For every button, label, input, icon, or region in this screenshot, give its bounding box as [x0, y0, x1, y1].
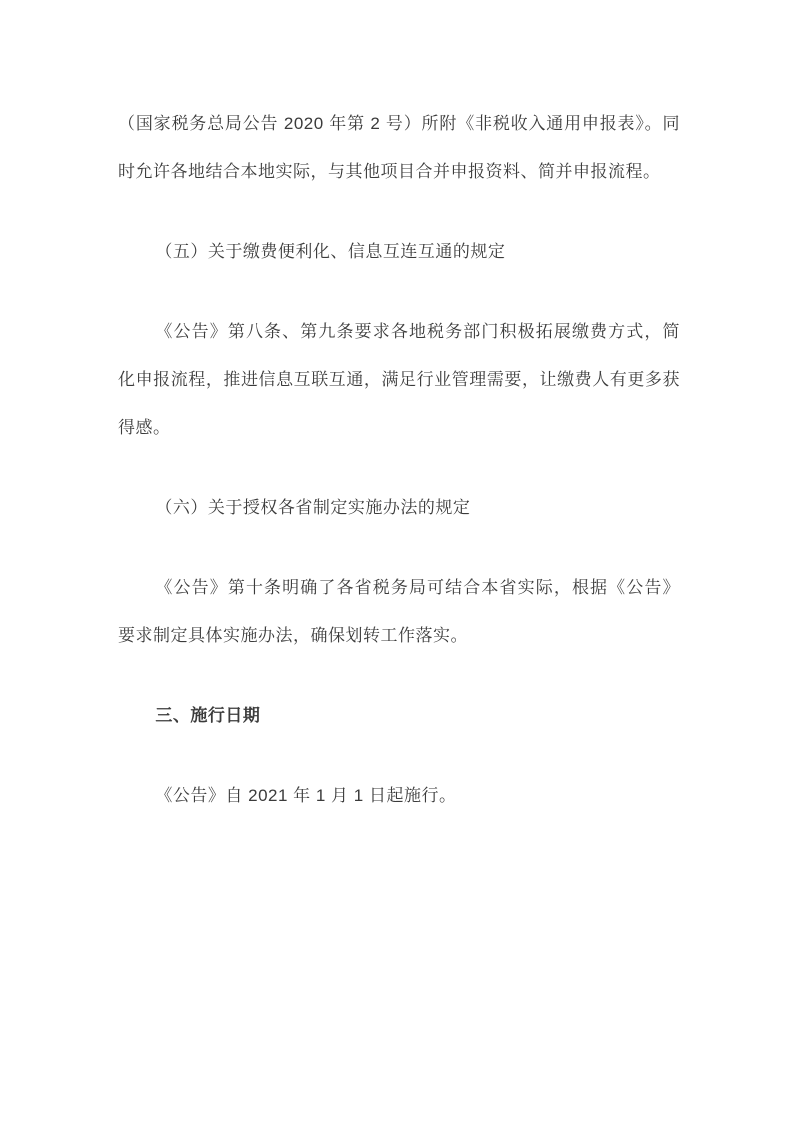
- subheading-item-6: （六）关于授权各省制定实施办法的规定: [118, 484, 680, 532]
- paragraph-payment-convenience: 《公告》第八条、第九条要求各地税务部门积极拓展缴费方式，简化申报流程，推进信息互…: [118, 308, 680, 452]
- subheading-item-5: （五）关于缴费便利化、信息互连互通的规定: [118, 228, 680, 276]
- paragraph-continuation: （国家税务总局公告 2020 年第 2 号）所附《非税收入通用申报表》。同时允许…: [118, 100, 680, 196]
- section-heading-effective-date: 三、施行日期: [118, 692, 680, 740]
- document-page: （国家税务总局公告 2020 年第 2 号）所附《非税收入通用申报表》。同时允许…: [0, 0, 793, 1122]
- document-body: （国家税务总局公告 2020 年第 2 号）所附《非税收入通用申报表》。同时允许…: [118, 76, 680, 852]
- paragraph-effective-date: 《公告》自 2021 年 1 月 1 日起施行。: [118, 772, 680, 820]
- paragraph-provincial-measures: 《公告》第十条明确了各省税务局可结合本省实际，根据《公告》要求制定具体实施办法，…: [118, 564, 680, 660]
